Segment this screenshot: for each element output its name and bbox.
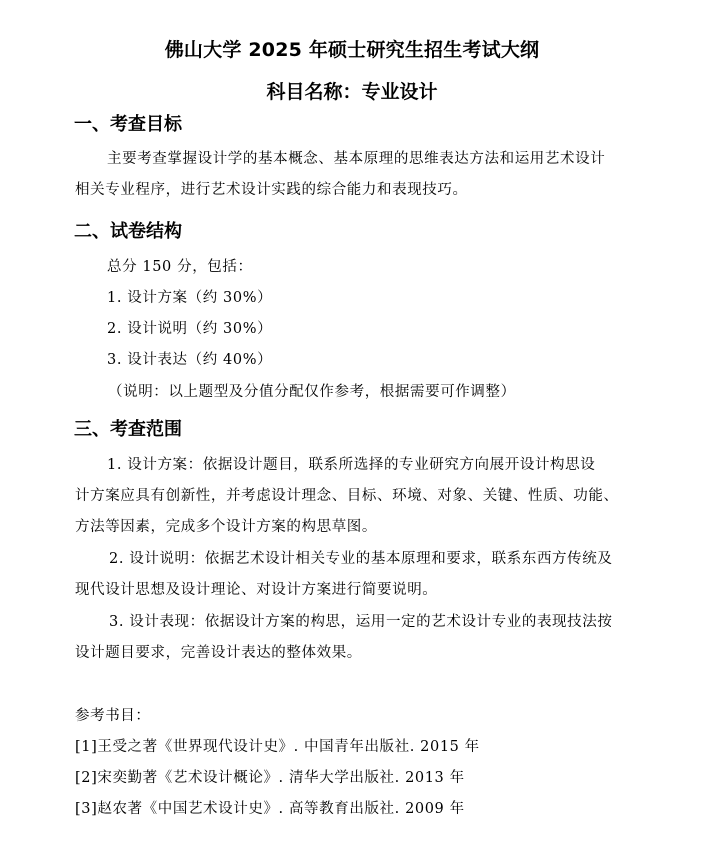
section-heading-objectives: 一、考查目标: [74, 112, 182, 138]
scope-line-4: 2. 设计说明：依据艺术设计相关专业的基本原理和要求，联系东西方传统及: [109, 548, 669, 570]
objectives-text-line-2: 相关专业程序，进行艺术设计实践的综合能力和表现技巧。: [75, 179, 635, 201]
scope-line-5: 现代设计思想及设计理论、对设计方案进行简要说明。: [75, 579, 635, 601]
structure-note: （说明：以上题型及分值分配仅作参考，根据需要可作调整）: [108, 381, 668, 403]
scope-line-3: 方法等因素，完成多个设计方案的构思草图。: [75, 516, 635, 538]
subject-name: 科目名称：专业设计: [0, 78, 704, 106]
document-title: 佛山大学 2025 年硕士研究生招生考试大纲: [0, 36, 704, 64]
reference-item-2: [2]宋奕勤著《艺术设计概论》. 清华大学出版社. 2013 年: [75, 767, 635, 789]
scope-line-7: 设计题目要求，完善设计表达的整体效果。: [75, 642, 635, 664]
structure-item-1: 1. 设计方案（约 30%）: [107, 287, 667, 309]
total-score-text: 总分 150 分，包括：: [107, 256, 667, 278]
structure-item-2: 2. 设计说明（约 30%）: [107, 318, 667, 340]
reference-item-3: [3]赵农著《中国艺术设计史》. 高等教育出版社. 2009 年: [75, 798, 635, 820]
structure-item-3: 3. 设计表达（约 40%）: [107, 349, 667, 371]
section-heading-scope: 三、考查范围: [74, 417, 182, 443]
references-label: 参考书目：: [75, 705, 635, 727]
section-heading-exam-structure: 二、试卷结构: [74, 219, 182, 245]
scope-line-6: 3. 设计表现：依据设计方案的构思，运用一定的艺术设计专业的表现技法按: [109, 611, 669, 633]
reference-item-1: [1]王受之著《世界现代设计史》. 中国青年出版社. 2015 年: [75, 736, 635, 758]
scope-line-2: 计方案应具有创新性，并考虑设计理念、目标、环境、对象、关键、性质、功能、: [75, 485, 635, 507]
objectives-text-line-1: 主要考查掌握设计学的基本概念、基本原理的思维表达方法和运用艺术设计: [107, 148, 667, 170]
document-page: 佛山大学 2025 年硕士研究生招生考试大纲 科目名称：专业设计 一、考查目标 …: [0, 0, 704, 866]
scope-line-1: 1. 设计方案：依据设计题目，联系所选择的专业研究方向展开设计构思设: [107, 454, 667, 476]
